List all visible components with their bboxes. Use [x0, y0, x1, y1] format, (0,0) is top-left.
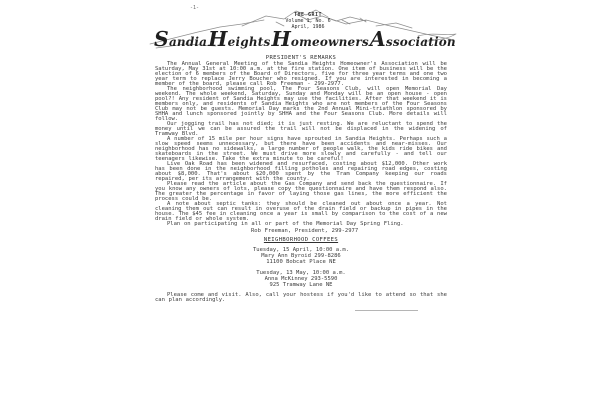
paragraph-spring-fling: Plan on participating in all or part of …: [155, 222, 447, 227]
association-name-word: Association: [370, 31, 456, 49]
article-body: The Annual General Meeting of the Sandia…: [155, 62, 447, 303]
coffee-meeting: Tuesday, 13 May, 10:00 a.m. Anna McKinne…: [155, 270, 447, 288]
coffees-note: Please come and visit. Also, call your h…: [155, 293, 447, 303]
association-name-word: Homeowners: [271, 31, 368, 49]
neighborhood-coffees-heading: NEIGHBORHOOD COFFEES: [155, 237, 447, 243]
paragraph-septic-tanks: A note about septic tanks: they should b…: [155, 202, 447, 222]
paragraph-annual-meeting: The Annual General Meeting of the Sandia…: [155, 62, 447, 87]
paragraph-speed-signs: A number of 15 mile per hour signs have …: [155, 137, 447, 162]
paragraph-swimming-pool: The neighborhood swimming pool, The Four…: [155, 87, 447, 122]
coffee-meeting: Tuesday, 15 April, 10:00 a.m. Mary Ann B…: [155, 247, 447, 265]
coffee-meeting-address: 11100 Bobcat Place NE: [155, 259, 447, 265]
association-name: SandiaHeightsHomeownersAssociation: [154, 31, 454, 49]
association-name-word: Heights: [208, 31, 270, 49]
signature-line: Rob Freeman, President, 299-2977: [155, 229, 447, 234]
association-name-word: Sandia: [154, 31, 207, 49]
newsletter-page: -1- THE GRIT Volume 1, No. 6 April, 1986…: [146, 0, 464, 400]
coffee-meeting-address: 925 Tramway Lane NE: [155, 282, 447, 288]
paragraph-jogging-trail: Our jogging trail has not died; it is ju…: [155, 122, 447, 137]
paragraph-gas-company: Please read the article about the Gas Co…: [155, 182, 447, 202]
paragraph-road-repairs: Live Oak Road has been widened and resur…: [155, 162, 447, 182]
separator-line: [355, 310, 418, 311]
